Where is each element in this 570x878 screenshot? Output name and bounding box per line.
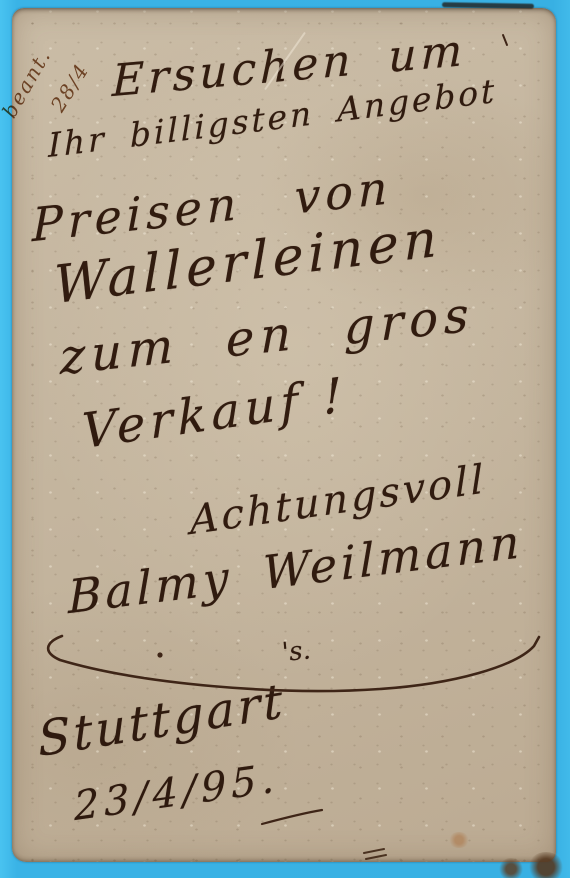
handwriting-line: Verkauf ! [81,367,348,461]
annotation-reply-date: 28/4 [46,58,94,116]
rust-spot [448,832,470,848]
signature-suffix: 's. [281,636,312,668]
date-line: 23/4/95. [73,755,280,830]
place-line: Stuttgart [37,673,287,768]
postcard: beant. 28/4 Ersuchen um Ihr billigsten A… [12,8,556,862]
corner-stain [528,852,564,878]
signature-line: Balmy Weilmann [68,514,524,624]
corner-stain [498,858,524,878]
